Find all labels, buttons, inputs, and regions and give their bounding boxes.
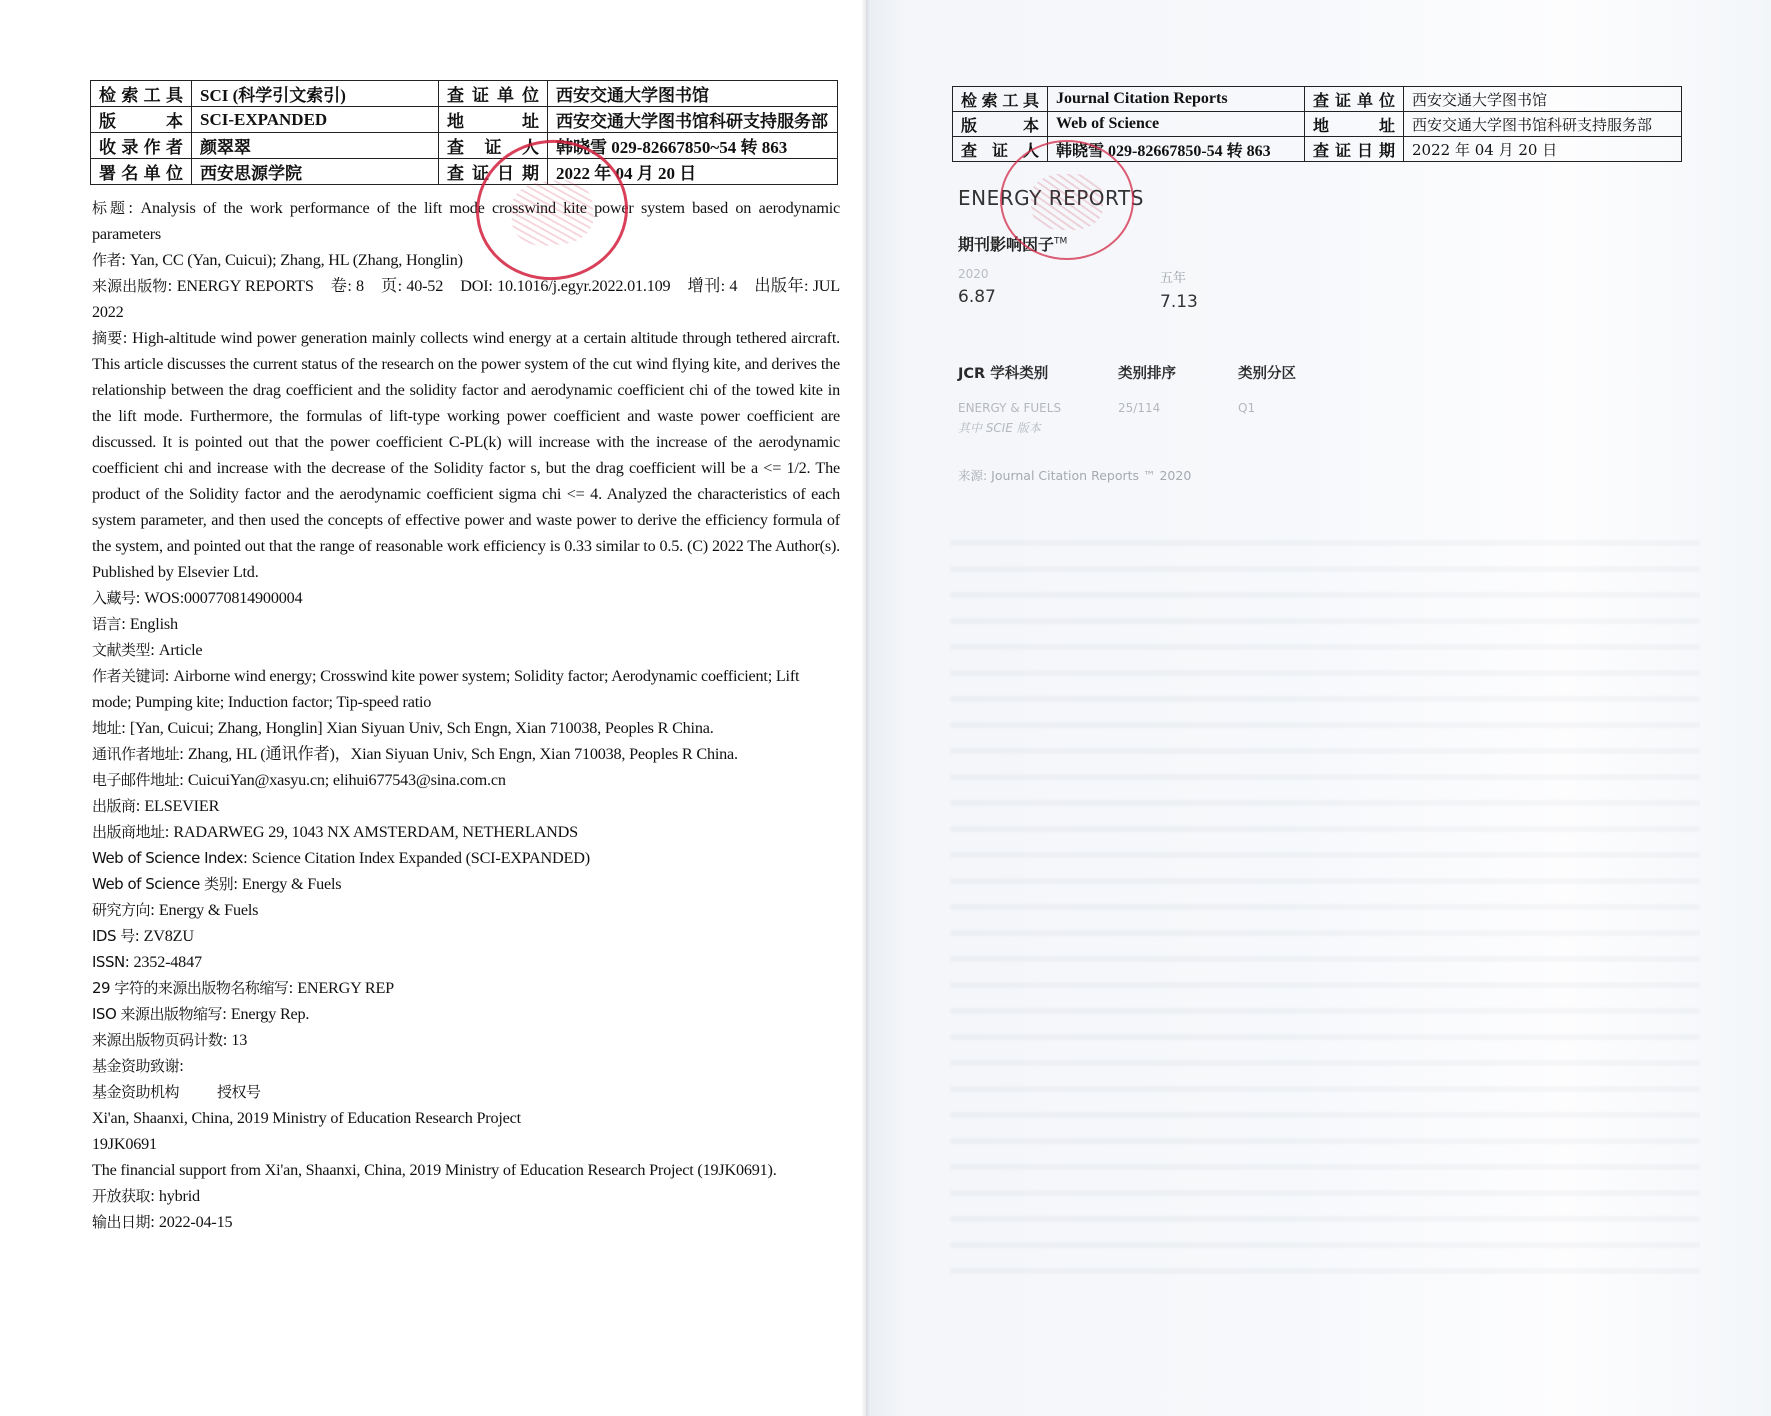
record-field: 基金资助致谢:: [92, 1053, 840, 1079]
record-tail-fields: 开放获取: hybrid输出日期: 2022-04-15: [92, 1183, 840, 1235]
field-label: 入藏号:: [92, 589, 144, 607]
funding-header: 基金资助机构授权号: [92, 1079, 840, 1105]
cert-key: 查证单位: [439, 81, 548, 107]
funding-agency: Xi'an, Shaanxi, China, 2019 Ministry of …: [92, 1105, 840, 1131]
if-year-label: 2020: [958, 267, 1160, 281]
official-seal-stamp: [1000, 140, 1134, 260]
record-field: 出版商地址: RADARWEG 29, 1043 NX AMSTERDAM, N…: [92, 819, 840, 845]
field-value: [Yan, Cuicui; Zhang, Honglin] Xian Siyua…: [130, 719, 714, 737]
cert-value: SCI (科学引文索引): [192, 81, 439, 107]
field-label: Web of Science 类别:: [92, 875, 242, 893]
seal-ink: [508, 176, 596, 249]
cert-value: SCI-EXPANDED: [192, 107, 439, 133]
cert-value: 西安交通大学图书馆科研支持服务部: [1404, 112, 1682, 137]
record-field: IDS 号: ZV8ZU: [92, 923, 840, 949]
record-field: 电子邮件地址: CuicuiYan@xasyu.cn; elihui677543…: [92, 767, 840, 793]
record-title: 标题: Analysis of the work performance of …: [92, 195, 840, 247]
field-label: 语言:: [92, 615, 130, 633]
field-value: 13: [231, 1031, 247, 1049]
field-value: WOS:000770814900004: [144, 589, 302, 607]
field-label: 电子邮件地址:: [92, 771, 188, 789]
field-label: 输出日期:: [92, 1213, 159, 1231]
impact-factor-grid: 2020 6.87 五年 7.13: [958, 267, 1558, 312]
cert-value: 西安交通大学图书馆科研支持服务部: [548, 107, 838, 133]
field-value: English: [130, 615, 178, 633]
if-current: 2020 6.87: [958, 267, 1160, 312]
category-quartile: Q1: [1238, 401, 1358, 436]
field-label: ISSN:: [92, 953, 134, 971]
category-cell: ENERGY & FUELS 其中 SCIE 版本: [958, 401, 1118, 436]
cert-value: Journal Citation Reports: [1048, 87, 1305, 112]
field-value: 2022-04-15: [159, 1213, 233, 1231]
cert-key: 署名单位: [91, 159, 192, 185]
col-header-quartile: 类别分区: [1238, 362, 1358, 383]
record-field: 作者关键词: Airborne wind energy; Crosswind k…: [92, 663, 840, 715]
category-rank: 25/114: [1118, 401, 1238, 436]
cert-key: 地 址: [1305, 112, 1404, 137]
cert-value: 西安交通大学图书馆: [548, 81, 838, 107]
record-field: 入藏号: WOS:000770814900004: [92, 585, 840, 611]
record-field: Web of Science Index: Science Citation I…: [92, 845, 840, 871]
cert-key: 检索工具: [91, 81, 192, 107]
cert-row: 收录作者 颜翠翠 查证人 韩晓雪 029-82667850~54 转 863: [91, 133, 838, 159]
field-label: ISO 来源出版物缩写:: [92, 1005, 231, 1023]
cert-key: 检索工具: [953, 87, 1048, 112]
record-field: 语言: English: [92, 611, 840, 637]
record-field: 开放获取: hybrid: [92, 1183, 840, 1209]
field-label: 文献类型:: [92, 641, 159, 659]
left-page-wos-record: 检索工具 SCI (科学引文索引) 查证单位 西安交通大学图书馆 版 本 SCI…: [0, 0, 866, 1416]
field-value: hybrid: [159, 1187, 200, 1205]
field-label: 地址:: [92, 719, 130, 737]
field-label: Web of Science Index:: [92, 849, 252, 867]
jcr-category-table: JCR 学科类别 类别排序 类别分区 ENERGY & FUELS 其中 SCI…: [958, 362, 1558, 436]
page-fold-shadow: [862, 0, 870, 1416]
cert-key: 版 本: [953, 112, 1048, 137]
field-label: 开放获取:: [92, 1187, 159, 1205]
cert-row: 检索工具 SCI (科学引文索引) 查证单位 西安交通大学图书馆: [91, 81, 838, 107]
cert-row: 检索工具 Journal Citation Reports 查证单位 西安交通大…: [953, 87, 1682, 112]
field-value: Airborne wind energy; Crosswind kite pow…: [92, 667, 799, 711]
record-field: 地址: [Yan, Cuicui; Zhang, Honglin] Xian S…: [92, 715, 840, 741]
record-field: ISSN: 2352-4847: [92, 949, 840, 975]
cert-value: 西安思源学院: [192, 159, 439, 185]
field-value: RADARWEG 29, 1043 NX AMSTERDAM, NETHERLA…: [173, 823, 578, 841]
field-value: Energy & Fuels: [159, 901, 258, 919]
record-source: 来源出版物: ENERGY REPORTS 卷: 8 页: 40-52 DOI:…: [92, 273, 840, 325]
cert-value: 2022 年 04 月 20 日: [1404, 137, 1682, 162]
five-year-value: 7.13: [1160, 292, 1360, 312]
cert-row: 版 本 SCI-EXPANDED 地 址 西安交通大学图书馆科研支持服务部: [91, 107, 838, 133]
record-abstract: 摘要: High-altitude wind power generation …: [92, 325, 840, 585]
cert-value: 颜翠翠: [192, 133, 439, 159]
col-header-category: JCR 学科类别: [958, 362, 1118, 383]
cert-row: 版 本 Web of Science 地 址 西安交通大学图书馆科研支持服务部: [953, 112, 1682, 137]
cert-key: 地 址: [439, 107, 548, 133]
if-five-year: 五年 7.13: [1160, 267, 1360, 312]
left-certificate-table: 检索工具 SCI (科学引文索引) 查证单位 西安交通大学图书馆 版 本 SCI…: [90, 80, 838, 185]
field-value: Energy & Fuels: [242, 875, 341, 893]
funding-text: The financial support from Xi'an, Shaanx…: [92, 1157, 840, 1183]
record-field: 出版商: ELSEVIER: [92, 793, 840, 819]
record-field: Web of Science 类别: Energy & Fuels: [92, 871, 840, 897]
cert-key: 版 本: [91, 107, 192, 133]
cert-value: Web of Science: [1048, 112, 1305, 137]
cert-key: 查证单位: [1305, 87, 1404, 112]
record-field: 通讯作者地址: Zhang, HL (通讯作者)，Xian Siyuan Uni…: [92, 741, 840, 767]
record-field: ISO 来源出版物缩写: Energy Rep.: [92, 1001, 840, 1027]
field-value: ELSEVIER: [144, 797, 219, 815]
field-label: 29 字符的来源出版物名称缩写:: [92, 979, 297, 997]
seal-ink: [1031, 174, 1104, 230]
record-field: 研究方向: Energy & Fuels: [92, 897, 840, 923]
record-field: 来源出版物页码计数: 13: [92, 1027, 840, 1053]
funding-grant: 19JK0691: [92, 1131, 840, 1157]
field-label: 通讯作者地址:: [92, 745, 188, 763]
col-header-rank: 类别排序: [1118, 362, 1238, 383]
field-label: 研究方向:: [92, 901, 159, 919]
record-fields: 入藏号: WOS:000770814900004语言: English文献类型:…: [92, 585, 840, 1079]
category-name: ENERGY & FUELS: [958, 401, 1118, 415]
field-label: 基金资助致谢:: [92, 1057, 184, 1075]
cert-key: 查证日期: [1305, 137, 1404, 162]
record-field: 文献类型: Article: [92, 637, 840, 663]
field-value: 2352-4847: [134, 953, 202, 971]
field-value: Article: [159, 641, 203, 659]
field-label: IDS 号:: [92, 927, 144, 945]
bleed-through-texture: [950, 520, 1700, 1280]
jcr-source: 来源: Journal Citation Reports ™ 2020: [958, 466, 1558, 484]
cert-row: 署名单位 西安思源学院 查证日期 2022 年 04 月 20 日: [91, 159, 838, 185]
record-body: 标题: Analysis of the work performance of …: [92, 195, 840, 1235]
record-field: 输出日期: 2022-04-15: [92, 1209, 840, 1235]
field-label: 出版商:: [92, 797, 144, 815]
record-field: 29 字符的来源出版物名称缩写: ENERGY REP: [92, 975, 840, 1001]
field-value: Science Citation Index Expanded (SCI-EXP…: [252, 849, 590, 867]
field-label: 作者关键词:: [92, 667, 173, 685]
field-label: 出版商地址:: [92, 823, 173, 841]
field-value: CuicuiYan@xasyu.cn; elihui677543@sina.co…: [188, 771, 506, 789]
if-value: 6.87: [958, 287, 1160, 307]
field-value: Zhang, HL (通讯作者)，Xian Siyuan Univ, Sch E…: [188, 745, 738, 763]
category-edition: 其中 SCIE 版本: [958, 419, 1118, 436]
cert-key: 收录作者: [91, 133, 192, 159]
record-authors: 作者: Yan, CC (Yan, Cuicui); Zhang, HL (Zh…: [92, 247, 840, 273]
cert-value: 西安交通大学图书馆: [1404, 87, 1682, 112]
five-year-label: 五年: [1160, 267, 1360, 286]
field-value: ENERGY REP: [297, 979, 394, 997]
field-value: ZV8ZU: [144, 927, 194, 945]
field-label: 来源出版物页码计数:: [92, 1031, 231, 1049]
field-value: Energy Rep.: [231, 1005, 309, 1023]
